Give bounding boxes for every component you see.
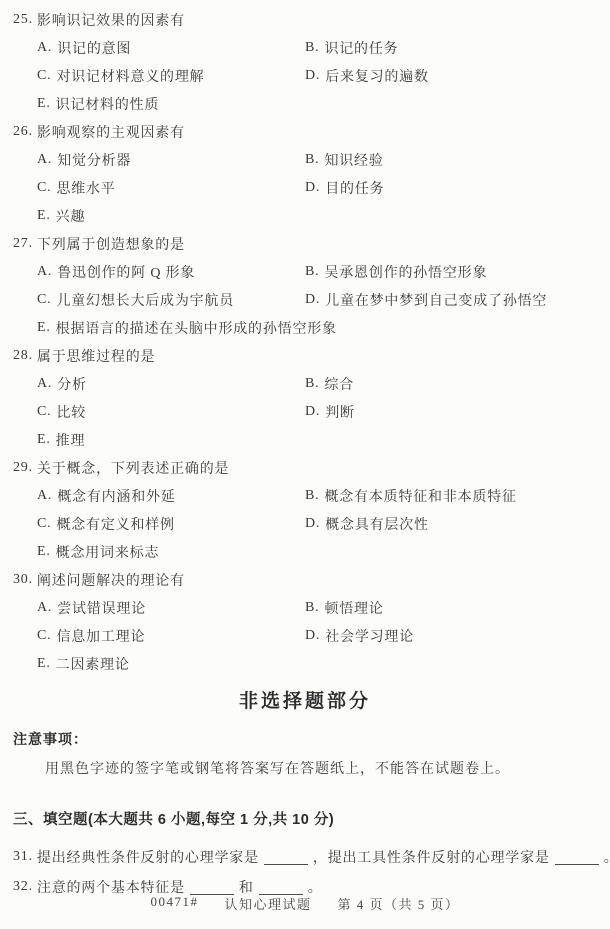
option-label: C.	[37, 628, 51, 644]
footer-page-number: 第 4 页（共 5 页）	[338, 894, 460, 913]
option-row: A.尝试错误理论B.顿悟理论	[0, 594, 610, 622]
option-D: D.后来复习的遍数	[305, 66, 429, 86]
question-stem-row: 28.属于思维过程的是	[0, 342, 610, 370]
option-label: B.	[305, 40, 319, 56]
option-label: B.	[305, 264, 319, 280]
option-text: 儿童在梦中梦到自己变成了孙悟空	[325, 290, 547, 310]
notice-body: 用黑色字迹的签字笔或钢笔将答案写在答题纸上，不能答在试题卷上。	[0, 758, 610, 778]
option-A: A.知觉分析器	[37, 150, 305, 170]
option-label: E.	[37, 432, 51, 448]
question-stem: 影响观察的主观因素有	[37, 122, 185, 142]
question-block: 26.影响观察的主观因素有A.知觉分析器B.知识经验C.思维水平D.目的任务E.…	[0, 118, 610, 230]
option-label: C.	[37, 404, 51, 420]
option-label: D.	[305, 516, 320, 532]
option-text: 后来复习的遍数	[325, 66, 429, 86]
option-label: B.	[305, 376, 319, 392]
question-block: 25.影响识记效果的因素有A.识记的意图B.识记的任务C.对识记材料意义的理解D…	[0, 6, 610, 118]
option-label: D.	[305, 628, 320, 644]
fill-text: ，提出工具性条件反射的心理学家是	[313, 851, 550, 866]
option-label: D.	[305, 68, 320, 84]
question-stem-row: 30.阐述问题解决的理论有	[0, 566, 610, 594]
option-row: A.知觉分析器B.知识经验	[0, 146, 610, 174]
question-stem: 阐述问题解决的理论有	[37, 570, 185, 590]
option-text: 概念有内涵和外延	[57, 486, 175, 506]
option-text: 推理	[56, 430, 86, 450]
option-C: C.对识记材料意义的理解	[37, 66, 305, 86]
option-row: A.鲁迅创作的阿 Q 形象B.吴承恩创作的孙悟空形象	[0, 258, 610, 286]
question-stem-row: 25.影响识记效果的因素有	[0, 6, 610, 34]
option-text: 鲁迅创作的阿 Q 形象	[57, 262, 195, 282]
option-E: E.概念用词来标志	[37, 542, 305, 562]
option-A: A.鲁迅创作的阿 Q 形象	[37, 262, 305, 282]
option-E: E.二因素理论	[37, 654, 305, 674]
option-B: B.知识经验	[305, 150, 384, 170]
option-text: 分析	[57, 374, 87, 394]
option-label: A.	[37, 488, 52, 504]
question-stem: 属于思维过程的是	[37, 346, 155, 366]
option-row: E.概念用词来标志	[0, 538, 610, 566]
question-number: 29.	[13, 460, 33, 476]
option-row: C.对识记材料意义的理解D.后来复习的遍数	[0, 62, 610, 90]
option-text: 目的任务	[325, 178, 384, 198]
page-footer: 00471# 认知心理试题 第 4 页（共 5 页）	[0, 894, 610, 913]
option-text: 概念具有层次性	[325, 514, 429, 534]
question-block: 27.下列属于创造想象的是A.鲁迅创作的阿 Q 形象B.吴承恩创作的孙悟空形象C…	[0, 230, 610, 342]
option-label: A.	[37, 600, 52, 616]
option-E: E.根据语言的描述在头脑中形成的孙悟空形象	[37, 318, 305, 338]
section-heading: 非选择题部分	[0, 686, 610, 712]
option-text: 吴承恩创作的孙悟空形象	[324, 262, 487, 282]
option-text: 二因素理论	[56, 654, 130, 674]
question-number: 30.	[13, 572, 33, 588]
option-E: E.识记材料的性质	[37, 94, 305, 114]
question-number: 31.	[13, 849, 33, 865]
question-stem: 下列属于创造想象的是	[37, 234, 185, 254]
option-row: C.儿童幻想长大后成为宇航员D.儿童在梦中梦到自己变成了孙悟空	[0, 286, 610, 314]
question-number: 26.	[13, 124, 33, 140]
option-label: A.	[37, 376, 52, 392]
option-row: A.分析B.综合	[0, 370, 610, 398]
option-B: B.吴承恩创作的孙悟空形象	[305, 262, 487, 282]
option-C: C.儿童幻想长大后成为宇航员	[37, 290, 305, 310]
option-label: E.	[37, 544, 51, 560]
option-row: C.信息加工理论D.社会学习理论	[0, 622, 610, 650]
option-text: 识记的意图	[57, 38, 131, 58]
option-label: B.	[305, 152, 319, 168]
option-B: B.顿悟理论	[305, 598, 384, 618]
option-row: E.推理	[0, 426, 610, 454]
option-text: 识记材料的性质	[56, 94, 160, 114]
option-label: C.	[37, 180, 51, 196]
fill-question-row: 31.提出经典性条件反射的心理学家是，提出工具性条件反射的心理学家是。	[0, 842, 610, 872]
option-text: 识记的任务	[324, 38, 398, 58]
question-block: 28.属于思维过程的是A.分析B.综合C.比较D.判断E.推理	[0, 342, 610, 454]
fill-questions-section: 31.提出经典性条件反射的心理学家是，提出工具性条件反射的心理学家是。32.注意…	[0, 842, 610, 902]
option-text: 知觉分析器	[57, 150, 131, 170]
option-label: E.	[37, 656, 51, 672]
option-D: D.社会学习理论	[305, 626, 414, 646]
option-B: B.识记的任务	[305, 38, 398, 58]
question-stem: 关于概念，下列表述正确的是	[37, 458, 229, 478]
option-text: 概念有定义和样例	[56, 514, 174, 534]
footer-paper-code: 00471#	[150, 894, 198, 913]
question-stem: 影响识记效果的因素有	[37, 10, 185, 30]
option-label: B.	[305, 600, 319, 616]
option-row: E.兴趣	[0, 202, 610, 230]
option-text: 综合	[324, 374, 354, 394]
answer-blank	[264, 852, 308, 865]
option-row: E.识记材料的性质	[0, 90, 610, 118]
option-text: 对识记材料意义的理解	[56, 66, 204, 86]
option-label: D.	[305, 404, 320, 420]
question-number: 32.	[13, 879, 33, 895]
option-A: A.概念有内涵和外延	[37, 486, 305, 506]
option-label: B.	[305, 488, 319, 504]
option-label: D.	[305, 180, 320, 196]
option-row: C.思维水平D.目的任务	[0, 174, 610, 202]
option-text: 概念有本质特征和非本质特征	[324, 486, 516, 506]
option-text: 尝试错误理论	[57, 598, 146, 618]
option-C: C.比较	[37, 402, 305, 422]
question-number: 28.	[13, 348, 33, 364]
option-text: 儿童幻想长大后成为宇航员	[56, 290, 234, 310]
option-row: E.二因素理论	[0, 650, 610, 678]
option-D: D.判断	[305, 402, 355, 422]
option-text: 知识经验	[324, 150, 383, 170]
option-text: 根据语言的描述在头脑中形成的孙悟空形象	[56, 318, 337, 338]
option-row: A.识记的意图B.识记的任务	[0, 34, 610, 62]
option-label: D.	[305, 292, 320, 308]
option-text: 概念用词来标志	[56, 542, 160, 562]
option-A: A.分析	[37, 374, 305, 394]
option-E: E.兴趣	[37, 206, 305, 226]
option-label: C.	[37, 292, 51, 308]
fill-text: 提出经典性条件反射的心理学家是	[37, 851, 259, 866]
option-D: D.儿童在梦中梦到自己变成了孙悟空	[305, 290, 547, 310]
option-row: C.比较D.判断	[0, 398, 610, 426]
multiple-choice-section: 25.影响识记效果的因素有A.识记的意图B.识记的任务C.对识记材料意义的理解D…	[0, 0, 610, 678]
notice-title: 注意事项：	[0, 729, 610, 749]
fill-question-content: 提出经典性条件反射的心理学家是，提出工具性条件反射的心理学家是。	[37, 847, 610, 867]
option-E: E.推理	[37, 430, 305, 450]
option-C: C.思维水平	[37, 178, 305, 198]
option-text: 顿悟理论	[324, 598, 383, 618]
option-A: A.尝试错误理论	[37, 598, 305, 618]
option-A: A.识记的意图	[37, 38, 305, 58]
option-row: C.概念有定义和样例D.概念具有层次性	[0, 510, 610, 538]
question-block: 29.关于概念，下列表述正确的是A.概念有内涵和外延B.概念有本质特征和非本质特…	[0, 454, 610, 566]
option-text: 兴趣	[56, 206, 86, 226]
option-B: B.概念有本质特征和非本质特征	[305, 486, 517, 506]
option-label: A.	[37, 264, 52, 280]
footer-exam-title: 认知心理试题	[224, 894, 311, 913]
option-text: 思维水平	[56, 178, 115, 198]
question-number: 25.	[13, 12, 33, 28]
option-text: 判断	[325, 402, 355, 422]
option-C: C.信息加工理论	[37, 626, 305, 646]
exam-page: 25.影响识记效果的因素有A.识记的意图B.识记的任务C.对识记材料意义的理解D…	[0, 0, 610, 929]
option-row: E.根据语言的描述在头脑中形成的孙悟空形象	[0, 314, 610, 342]
option-label: E.	[37, 320, 51, 336]
option-text: 社会学习理论	[325, 626, 414, 646]
option-label: E.	[37, 96, 51, 112]
option-row: A.概念有内涵和外延B.概念有本质特征和非本质特征	[0, 482, 610, 510]
option-B: B.综合	[305, 374, 354, 394]
option-label: A.	[37, 152, 52, 168]
option-label: C.	[37, 68, 51, 84]
question-stem-row: 27.下列属于创造想象的是	[0, 230, 610, 258]
option-label: E.	[37, 208, 51, 224]
question-number: 27.	[13, 236, 33, 252]
option-C: C.概念有定义和样例	[37, 514, 305, 534]
option-text: 信息加工理论	[56, 626, 145, 646]
answer-blank	[555, 852, 599, 865]
question-stem-row: 26.影响观察的主观因素有	[0, 118, 610, 146]
option-D: D.目的任务	[305, 178, 384, 198]
fill-section-title: 三、填空题(本大题共 6 小题,每空 1 分,共 10 分)	[0, 808, 610, 830]
fill-text: 。	[604, 851, 610, 866]
question-block: 30.阐述问题解决的理论有A.尝试错误理论B.顿悟理论C.信息加工理论D.社会学…	[0, 566, 610, 678]
option-label: A.	[37, 40, 52, 56]
option-D: D.概念具有层次性	[305, 514, 429, 534]
option-text: 比较	[56, 402, 86, 422]
question-stem-row: 29.关于概念，下列表述正确的是	[0, 454, 610, 482]
option-label: C.	[37, 516, 51, 532]
